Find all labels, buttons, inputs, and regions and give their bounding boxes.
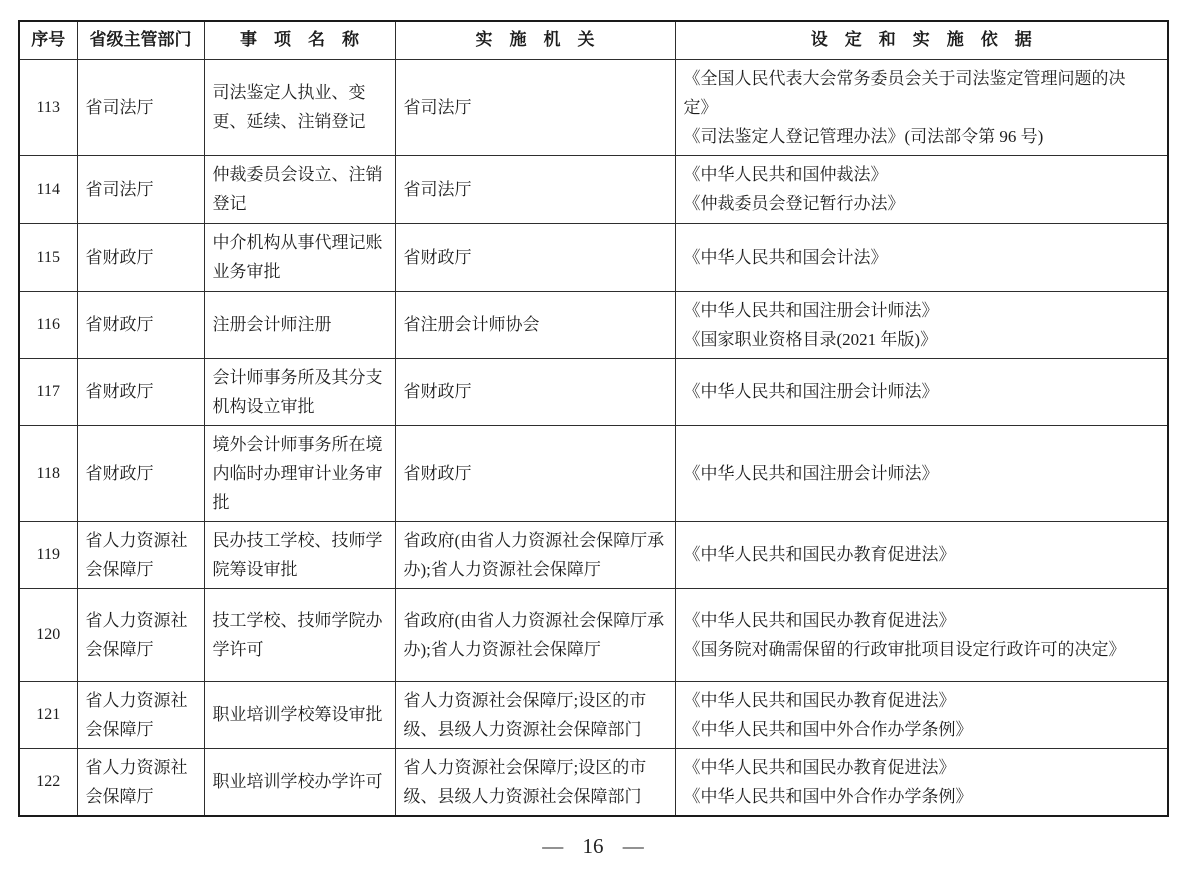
header-row: 序号 省级主管部门 事项名称 实施机关 设定和实施依据 [19, 21, 1168, 59]
cell-item: 仲裁委员会设立、注销登记 [204, 155, 395, 223]
table-row-116: 116 省财政厅 注册会计师注册 省注册会计师协会 《中华人民共和国注册会计师法… [19, 291, 1168, 358]
table-row-120: 120 省人力资源社会保障厅 技工学校、技师学院办学许可 省政府(由省人力资源社… [19, 588, 1168, 681]
col-header-basis: 设定和实施依据 [675, 21, 1168, 59]
cell-agency: 省司法厅 [395, 155, 675, 223]
cell-basis: 《中华人民共和国民办教育促进法》 《中华人民共和国中外合作办学条例》 [675, 748, 1168, 816]
col-header-agency-label: 实施机关 [476, 29, 612, 51]
cell-item: 注册会计师注册 [204, 291, 395, 358]
table-header: 序号 省级主管部门 事项名称 实施机关 设定和实施依据 [19, 21, 1168, 59]
cell-dept: 省人力资源社会保障厅 [77, 748, 204, 816]
table-row-121: 121 省人力资源社会保障厅 职业培训学校筹设审批 省人力资源社会保障厅;设区的… [19, 681, 1168, 748]
cell-item: 民办技工学校、技师学院筹设审批 [204, 521, 395, 588]
cell-item: 技工学校、技师学院办学许可 [204, 588, 395, 681]
cell-seq: 121 [19, 681, 77, 748]
cell-agency: 省财政厅 [395, 223, 675, 291]
table-row-118: 118 省财政厅 境外会计师事务所在境内临时办理审计业务审批 省财政厅 《中华人… [19, 425, 1168, 521]
cell-seq: 120 [19, 588, 77, 681]
cell-seq: 122 [19, 748, 77, 816]
cell-item: 司法鉴定人执业、变更、延续、注销登记 [204, 59, 395, 155]
col-header-agency: 实施机关 [395, 21, 675, 59]
cell-basis: 《中华人民共和国民办教育促进法》 《国务院对确需保留的行政审批项目设定行政许可的… [675, 588, 1168, 681]
cell-item: 境外会计师事务所在境内临时办理审计业务审批 [204, 425, 395, 521]
cell-dept: 省司法厅 [77, 155, 204, 223]
cell-dept: 省人力资源社会保障厅 [77, 588, 204, 681]
cell-seq: 116 [19, 291, 77, 358]
cell-item: 中介机构从事代理记账业务审批 [204, 223, 395, 291]
cell-agency: 省政府(由省人力资源社会保障厅承办);省人力资源社会保障厅 [395, 588, 675, 681]
cell-basis: 《中华人民共和国仲裁法》 《仲裁委员会登记暂行办法》 [675, 155, 1168, 223]
cell-agency: 省人力资源社会保障厅;设区的市级、县级人力资源社会保障部门 [395, 748, 675, 816]
document-page: 序号 省级主管部门 事项名称 实施机关 设定和实施依据 113 省司法厅 司法鉴… [0, 0, 1186, 883]
col-header-item: 事项名称 [204, 21, 395, 59]
cell-seq: 113 [19, 59, 77, 155]
table-row-115: 115 省财政厅 中介机构从事代理记账业务审批 省财政厅 《中华人民共和国会计法… [19, 223, 1168, 291]
cell-agency: 省财政厅 [395, 425, 675, 521]
cell-basis: 《中华人民共和国会计法》 [675, 223, 1168, 291]
cell-dept: 省人力资源社会保障厅 [77, 681, 204, 748]
cell-dept: 省司法厅 [77, 59, 204, 155]
cell-basis: 《中华人民共和国注册会计师法》 《国家职业资格目录(2021 年版)》 [675, 291, 1168, 358]
cell-seq: 117 [19, 358, 77, 425]
cell-item: 职业培训学校办学许可 [204, 748, 395, 816]
cell-basis: 《全国人民代表大会常务委员会关于司法鉴定管理问题的决定》 《司法鉴定人登记管理办… [675, 59, 1168, 155]
cell-seq: 119 [19, 521, 77, 588]
cell-basis: 《中华人民共和国民办教育促进法》 [675, 521, 1168, 588]
cell-agency: 省政府(由省人力资源社会保障厅承办);省人力资源社会保障厅 [395, 521, 675, 588]
table-row-122: 122 省人力资源社会保障厅 职业培训学校办学许可 省人力资源社会保障厅;设区的… [19, 748, 1168, 816]
cell-basis: 《中华人民共和国注册会计师法》 [675, 425, 1168, 521]
table-row-117: 117 省财政厅 会计师事务所及其分支机构设立审批 省财政厅 《中华人民共和国注… [19, 358, 1168, 425]
col-header-item-label: 事项名称 [240, 29, 376, 51]
table-row-113: 113 省司法厅 司法鉴定人执业、变更、延续、注销登记 省司法厅 《全国人民代表… [19, 59, 1168, 155]
cell-agency: 省财政厅 [395, 358, 675, 425]
col-header-dept: 省级主管部门 [77, 21, 204, 59]
col-header-seq: 序号 [19, 21, 77, 59]
table-body: 113 省司法厅 司法鉴定人执业、变更、延续、注销登记 省司法厅 《全国人民代表… [19, 59, 1168, 816]
cell-basis: 《中华人民共和国注册会计师法》 [675, 358, 1168, 425]
col-header-basis-label: 设定和实施依据 [811, 29, 1049, 51]
cell-dept: 省人力资源社会保障厅 [77, 521, 204, 588]
cell-dept: 省财政厅 [77, 291, 204, 358]
cell-seq: 118 [19, 425, 77, 521]
cell-basis: 《中华人民共和国民办教育促进法》 《中华人民共和国中外合作办学条例》 [675, 681, 1168, 748]
cell-item: 会计师事务所及其分支机构设立审批 [204, 358, 395, 425]
cell-dept: 省财政厅 [77, 425, 204, 521]
cell-item: 职业培训学校筹设审批 [204, 681, 395, 748]
cell-agency: 省注册会计师协会 [395, 291, 675, 358]
approval-items-table: 序号 省级主管部门 事项名称 实施机关 设定和实施依据 113 省司法厅 司法鉴… [18, 20, 1169, 817]
table-row-119: 119 省人力资源社会保障厅 民办技工学校、技师学院筹设审批 省政府(由省人力资… [19, 521, 1168, 588]
cell-agency: 省人力资源社会保障厅;设区的市级、县级人力资源社会保障部门 [395, 681, 675, 748]
table-row-114: 114 省司法厅 仲裁委员会设立、注销登记 省司法厅 《中华人民共和国仲裁法》 … [19, 155, 1168, 223]
page-number: — 16 — [0, 834, 1186, 859]
cell-seq: 114 [19, 155, 77, 223]
cell-dept: 省财政厅 [77, 358, 204, 425]
cell-agency: 省司法厅 [395, 59, 675, 155]
cell-dept: 省财政厅 [77, 223, 204, 291]
cell-seq: 115 [19, 223, 77, 291]
